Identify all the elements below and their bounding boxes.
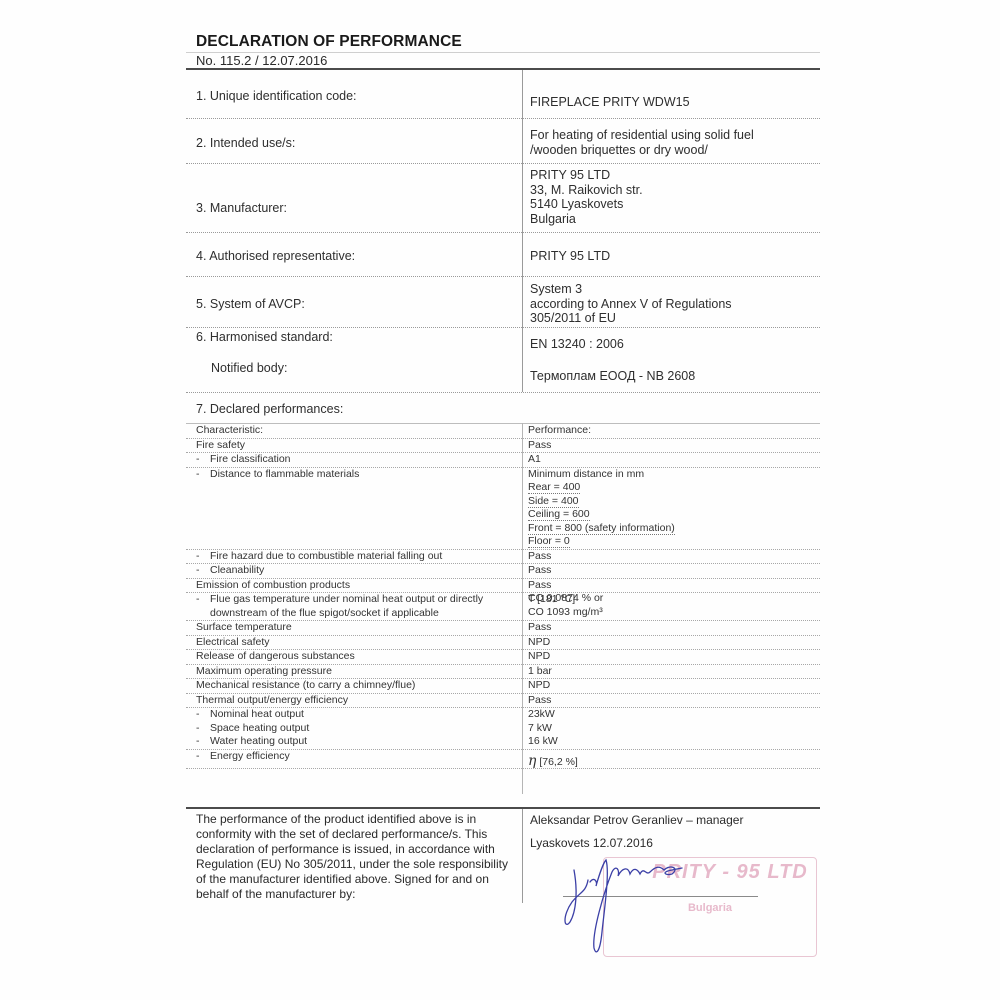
performance-line: NPD [528, 679, 550, 693]
characteristic-line: Mechanical resistance (to carry a chimne… [196, 679, 512, 693]
row-divider [186, 276, 820, 277]
characteristic-cell: -Cleanability [186, 564, 512, 578]
characteristic-line: Surface temperature [196, 621, 512, 635]
performance-text: A1 [528, 453, 541, 465]
intended-use-line: For heating of residential using solid f… [530, 128, 812, 143]
declared-performances-label: 7. Declared performances: [196, 402, 343, 416]
characteristic-text: Fire hazard due to combustible material … [210, 550, 442, 562]
characteristic-line: -Fire hazard due to combustible material… [196, 550, 512, 564]
bullet-dash: - [196, 453, 210, 467]
spacer [196, 481, 512, 495]
characteristic-cell: Maximum operating pressure [186, 665, 512, 679]
characteristic-cell: -Nominal heat output-Space heating outpu… [186, 708, 512, 749]
manufacturer-line: 5140 Lyaskovets [530, 197, 643, 212]
performance-line: Pass [528, 550, 551, 564]
bullet-dash: - [196, 593, 210, 607]
performance-text: T [181 °C] [528, 593, 575, 605]
table-row: -Energy efficiencyη [76,2 %] [186, 750, 820, 770]
performance-cell: Minimum distance in mmRear = 400Side = 4… [528, 468, 675, 549]
performance-text: NPD [528, 650, 550, 662]
table-row: Surface temperaturePass [186, 621, 820, 636]
performance-text: 16 kW [528, 735, 558, 747]
representative-label: 4. Authorised representative: [196, 249, 355, 263]
performance-line: NPD [528, 650, 550, 664]
handwritten-signature [560, 852, 720, 962]
characteristic-text: Mechanical resistance (to carry a chimne… [196, 679, 415, 691]
bullet-dash: - [196, 550, 210, 564]
performance-cell: 1 bar [528, 665, 552, 679]
characteristic-text: Fire classification [210, 453, 291, 465]
characteristic-text: Cleanability [210, 564, 264, 576]
table-row: -Fire hazard due to combustible material… [186, 550, 820, 565]
characteristic-text: Nominal heat output [210, 708, 304, 720]
performance-cell: Pass [528, 439, 551, 453]
conformity-statement: The performance of the product identifie… [196, 812, 518, 902]
characteristic-text: Flue gas temperature under nominal heat … [210, 593, 483, 605]
characteristic-text: Maximum operating pressure [196, 665, 332, 677]
performance-line: Pass [528, 621, 551, 635]
characteristic-line: -Fire classification [196, 453, 512, 467]
distance-text: Floor = 0 [528, 535, 570, 548]
characteristic-text: Distance to flammable materials [210, 468, 359, 480]
performance-line: 16 kW [528, 735, 558, 749]
characteristic-line: -Flue gas temperature under nominal heat… [196, 593, 512, 607]
characteristic-line: -Distance to flammable materials [196, 468, 512, 482]
intended-use-line: /wooden briquettes or dry wood/ [530, 143, 812, 158]
performance-line: Pass [528, 579, 603, 593]
performance-text: Minimum distance in mm [528, 468, 644, 480]
harmonised-standard-label: 6. Harmonised standard: [196, 330, 333, 344]
bullet-dash: - [196, 564, 210, 578]
document-title: DECLARATION OF PERFORMANCE [196, 33, 462, 51]
characteristic-line: Electrical safety [196, 636, 512, 650]
characteristic-line: Emission of combustion products [196, 579, 512, 593]
performance-line: Pass [528, 694, 551, 708]
unique-id-value: FIREPLACE PRITY WDW15 [530, 95, 690, 110]
avcp-label: 5. System of AVCP: [196, 297, 305, 311]
bullet-dash: - [196, 750, 210, 764]
characteristic-cell: -Distance to flammable materials [186, 468, 512, 549]
harmonised-standard-value: EN 13240 : 2006 [530, 337, 624, 352]
avcp-line: 305/2011 of EU [530, 311, 732, 326]
characteristic-text: Energy efficiency [210, 750, 290, 762]
performance-text: Pass [528, 439, 551, 451]
characteristic-cell: Release of dangerous substances [186, 650, 512, 664]
eta-symbol: η [528, 753, 536, 769]
characteristic-line: downstream of the flue spigot/socket if … [196, 607, 512, 621]
unique-id-label: 1. Unique identification code: [196, 89, 357, 103]
row-divider [186, 392, 820, 393]
characteristic-cell: Electrical safety [186, 636, 512, 650]
performance-text: 7 kW [528, 722, 552, 734]
distance-line: Rear = 400 [528, 481, 675, 495]
table-row: -CleanabilityPass [186, 564, 820, 579]
performance-text: Pass [528, 579, 551, 591]
characteristic-line: Fire safety [196, 439, 512, 453]
performance-text: [76,2 %] [539, 756, 578, 768]
characteristic-cell: Mechanical resistance (to carry a chimne… [186, 679, 512, 693]
table-column-divider [522, 423, 523, 794]
performance-text: Pass [528, 550, 551, 562]
spacer [196, 535, 512, 549]
spacer [196, 522, 512, 536]
table-row: Thermal output/energy efficiencyPass [186, 694, 820, 709]
table-row: Fire safetyPass [186, 439, 820, 454]
signatory-name: Aleksandar Petrov Geranliev – manager [530, 813, 743, 827]
table-row: Emission of combustion productsPassCO 0,… [186, 579, 820, 594]
performance-line: η [76,2 %] [528, 755, 578, 770]
notified-body-value: Термоплам ЕООД - NB 2608 [530, 369, 695, 384]
performance-cell: Pass [528, 564, 551, 578]
performances-table: Characteristic: Performance: Fire safety… [186, 423, 820, 769]
row-divider [186, 327, 820, 328]
performance-cell: η [76,2 %] [528, 750, 578, 770]
characteristic-text: Emission of combustion products [196, 579, 350, 591]
table-row: Maximum operating pressure1 bar [186, 665, 820, 680]
characteristic-header: Characteristic: [186, 424, 512, 438]
avcp-value: System 3 according to Annex V of Regulat… [530, 282, 732, 326]
distance-line: Front = 800 (safety information) [528, 522, 675, 536]
characteristic-cell: -Fire classification [186, 453, 512, 467]
performance-line: Minimum distance in mm [528, 468, 675, 482]
characteristic-line: -Space heating output [196, 722, 512, 736]
performance-cell: A1 [528, 453, 541, 467]
characteristic-text: Space heating output [210, 722, 309, 734]
performance-line: A1 [528, 453, 541, 467]
table-row: -Nominal heat output-Space heating outpu… [186, 708, 820, 750]
characteristic-cell: -Fire hazard due to combustible material… [186, 550, 512, 564]
characteristic-line: Thermal output/energy efficiency [196, 694, 512, 708]
declaration-document: DECLARATION OF PERFORMANCE No. 115.2 / 1… [0, 0, 1000, 1000]
row-divider [186, 232, 820, 233]
performance-line: Pass [528, 564, 551, 578]
performance-line: Pass [528, 439, 551, 453]
characteristic-cell: -Energy efficiency [186, 750, 512, 769]
distance-line: Ceiling = 600 [528, 508, 675, 522]
manufacturer-label: 3. Manufacturer: [196, 201, 287, 215]
performance-text: NPD [528, 679, 550, 691]
manufacturer-line: 33, M. Raikovich str. [530, 183, 643, 198]
footer-divider [186, 807, 820, 809]
distance-line: Floor = 0 [528, 535, 675, 549]
characteristic-cell: Thermal output/energy efficiency [186, 694, 512, 708]
notified-body-label: Notified body: [211, 361, 287, 375]
performance-cell: NPD [528, 679, 550, 693]
performance-text: Pass [528, 564, 551, 576]
row-divider [186, 163, 820, 164]
performance-cell: Pass [528, 694, 551, 708]
table-row: Mechanical resistance (to carry a chimne… [186, 679, 820, 694]
characteristic-line: Maximum operating pressure [196, 665, 512, 679]
performance-line: 1 bar [528, 665, 552, 679]
distance-text: Ceiling = 600 [528, 508, 590, 521]
manufacturer-line: PRITY 95 LTD [530, 168, 643, 183]
characteristic-text: Release of dangerous substances [196, 650, 355, 662]
characteristic-cell: -Flue gas temperature under nominal heat… [186, 593, 512, 620]
performance-cell: Pass [528, 550, 551, 564]
avcp-line: according to Annex V of Regulations [530, 297, 732, 312]
characteristic-line: -Cleanability [196, 564, 512, 578]
performance-cell: 23kW7 kW16 kW [528, 708, 558, 749]
characteristic-text: Thermal output/energy efficiency [196, 694, 348, 706]
characteristic-line: -Nominal heat output [196, 708, 512, 722]
performance-line: T [181 °C] [528, 593, 575, 607]
performance-cell: T [181 °C] [528, 593, 575, 607]
bullet-dash: - [196, 722, 210, 736]
performance-text: Pass [528, 621, 551, 633]
place-date: Lyaskovets 12.07.2016 [530, 836, 653, 850]
distance-text: Front = 800 (safety information) [528, 522, 675, 535]
performance-line: 7 kW [528, 722, 558, 736]
distance-text: Side = 400 [528, 495, 579, 508]
spacer [196, 495, 512, 509]
table-header-row: Characteristic: Performance: [186, 423, 820, 439]
distance-line: Side = 400 [528, 495, 675, 509]
performance-cell: NPD [528, 650, 550, 664]
characteristic-line: Release of dangerous substances [196, 650, 512, 664]
characteristic-text: downstream of the flue spigot/socket if … [210, 607, 439, 619]
characteristic-text: Electrical safety [196, 636, 270, 648]
performance-text: NPD [528, 636, 550, 648]
performance-line: NPD [528, 636, 550, 650]
spacer [196, 508, 512, 522]
performance-text: Pass [528, 694, 551, 706]
representative-value: PRITY 95 LTD [530, 249, 610, 264]
table-row: -Fire classificationA1 [186, 453, 820, 468]
document-number: No. 115.2 / 12.07.2016 [196, 53, 327, 68]
characteristic-text: Surface temperature [196, 621, 292, 633]
performance-cell: Pass [528, 621, 551, 635]
manufacturer-line: Bulgaria [530, 212, 643, 227]
table-row: Release of dangerous substancesNPD [186, 650, 820, 665]
table-row: Electrical safetyNPD [186, 636, 820, 651]
intended-use-label: 2. Intended use/s: [196, 136, 295, 150]
avcp-line: System 3 [530, 282, 732, 297]
manufacturer-value: PRITY 95 LTD 33, M. Raikovich str. 5140 … [530, 168, 643, 226]
intended-use-value: For heating of residential using solid f… [530, 128, 812, 157]
footer-column-divider [522, 809, 523, 903]
distance-text: Rear = 400 [528, 481, 580, 494]
performance-text: 1 bar [528, 665, 552, 677]
characteristic-line: -Energy efficiency [196, 750, 512, 764]
characteristic-line: -Water heating output [196, 735, 512, 749]
characteristic-text: Water heating output [210, 735, 307, 747]
row-divider [186, 118, 820, 119]
performance-line: 23kW [528, 708, 558, 722]
performance-header: Performance: [528, 424, 591, 438]
bullet-dash: - [196, 468, 210, 482]
table-row: -Flue gas temperature under nominal heat… [186, 593, 820, 621]
characteristic-cell: Surface temperature [186, 621, 512, 635]
header-divider [186, 68, 820, 70]
performance-cell: NPD [528, 636, 550, 650]
bullet-dash: - [196, 735, 210, 749]
table-row: -Distance to flammable materials Minimum… [186, 468, 820, 550]
performance-text: 23kW [528, 708, 555, 720]
bullet-dash: - [196, 708, 210, 722]
characteristic-cell: Emission of combustion products [186, 579, 512, 593]
characteristic-cell: Fire safety [186, 439, 512, 453]
characteristic-text: Fire safety [196, 439, 245, 451]
